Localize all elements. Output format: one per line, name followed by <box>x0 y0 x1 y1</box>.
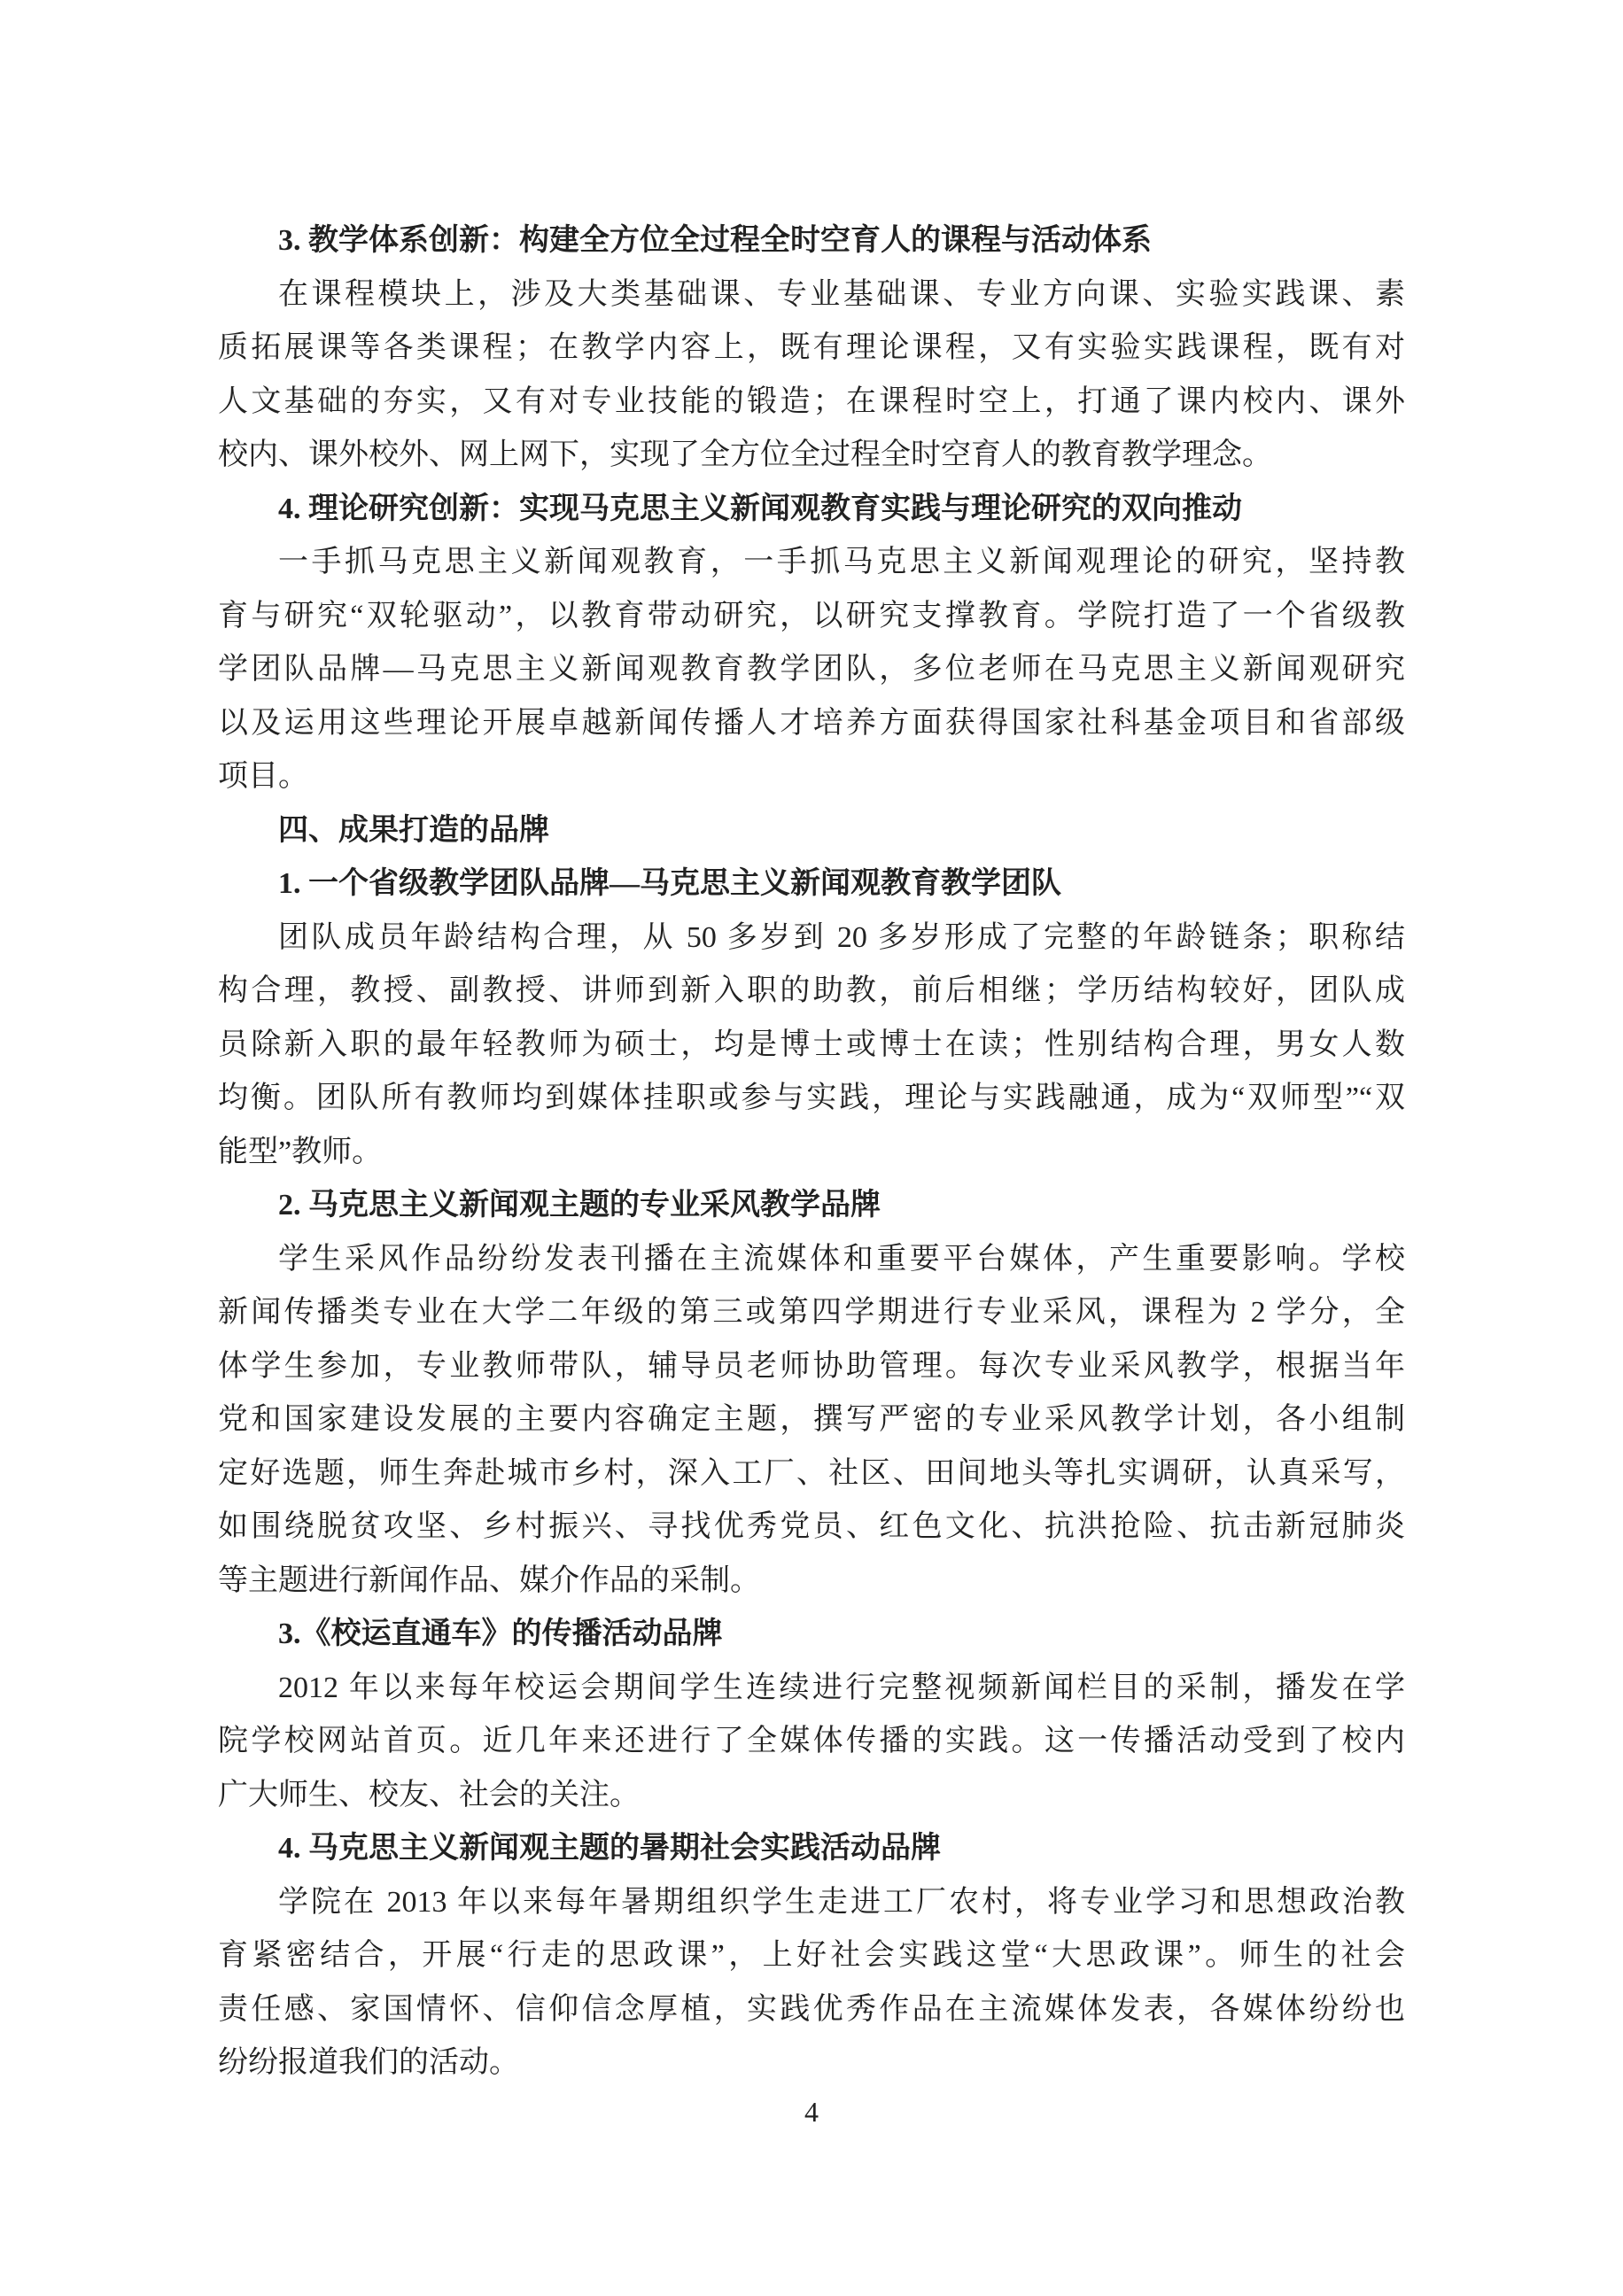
section-heading: 四、成果打造的品牌 <box>218 804 1405 858</box>
paragraph-line: 体学生参加，专业教师带队，辅导员老师协助管理。每次专业采风教学，根据当年 <box>218 1340 1405 1394</box>
numbered-heading: 4. 马克思主义新闻观主题的暑期社会实践活动品牌 <box>218 1822 1405 1876</box>
document-page: 3. 教学体系创新：构建全方位全过程全时空育人的课程与活动体系在课程模块上，涉及… <box>0 0 1623 2296</box>
page-number: 4 <box>0 2096 1623 2129</box>
paragraph-line: 等主题进行新闻作品、媒介作品的采制。 <box>218 1555 1405 1609</box>
paragraph-line: 能型”教师。 <box>218 1126 1405 1180</box>
numbered-heading: 2. 马克思主义新闻观主题的专业采风教学品牌 <box>218 1179 1405 1233</box>
paragraph-line: 纷纷报道我们的活动。 <box>218 2036 1405 2090</box>
numbered-heading: 1. 一个省级教学团队品牌—马克思主义新闻观教育教学团队 <box>218 857 1405 911</box>
paragraph-line: 广大师生、校友、社会的关注。 <box>218 1769 1405 1823</box>
paragraph-line: 在课程模块上，涉及大类基础课、专业基础课、专业方向课、实验实践课、素 <box>218 268 1405 322</box>
document-content: 3. 教学体系创新：构建全方位全过程全时空育人的课程与活动体系在课程模块上，涉及… <box>218 214 1405 2090</box>
paragraph-line: 学团队品牌—马克思主义新闻观教育教学团队，多位老师在马克思主义新闻观研究 <box>218 643 1405 697</box>
paragraph-line: 如围绕脱贫攻坚、乡村振兴、寻找优秀党员、红色文化、抗洪抢险、抗击新冠肺炎 <box>218 1501 1405 1555</box>
paragraph-line: 一手抓马克思主义新闻观教育，一手抓马克思主义新闻观理论的研究，坚持教 <box>218 536 1405 590</box>
paragraph-line: 党和国家建设发展的主要内容确定主题，撰写严密的专业采风教学计划，各小组制 <box>218 1393 1405 1447</box>
numbered-heading: 3.《校运直通车》的传播活动品牌 <box>218 1608 1405 1662</box>
paragraph-line: 育紧密结合，开展“行走的思政课”，上好社会实践这堂“大思政课”。师生的社会 <box>218 1929 1405 1983</box>
paragraph-line: 新闻传播类专业在大学二年级的第三或第四学期进行专业采风，课程为 2 学分，全 <box>218 1286 1405 1340</box>
paragraph-line: 院学校网站首页。近几年来还进行了全媒体传播的实践。这一传播活动受到了校内 <box>218 1715 1405 1769</box>
numbered-heading: 4. 理论研究创新：实现马克思主义新闻观教育实践与理论研究的双向推动 <box>218 483 1405 537</box>
paragraph-line: 团队成员年龄结构合理，从 50 多岁到 20 多岁形成了完整的年龄链条；职称结 <box>218 911 1405 966</box>
paragraph-line: 育与研究“双轮驱动”，以教育带动研究，以研究支撑教育。学院打造了一个省级教 <box>218 590 1405 644</box>
paragraph-line: 以及运用这些理论开展卓越新闻传播人才培养方面获得国家社科基金项目和省部级 <box>218 697 1405 751</box>
paragraph-line: 质拓展课等各类课程；在教学内容上，既有理论课程，又有实验实践课程，既有对 <box>218 322 1405 376</box>
numbered-heading: 3. 教学体系创新：构建全方位全过程全时空育人的课程与活动体系 <box>218 214 1405 268</box>
paragraph-line: 校内、课外校外、网上网下，实现了全方位全过程全时空育人的教育教学理念。 <box>218 429 1405 483</box>
paragraph-line: 学生采风作品纷纷发表刊播在主流媒体和重要平台媒体，产生重要影响。学校 <box>218 1233 1405 1287</box>
paragraph-line: 人文基础的夯实，又有对专业技能的锻造；在课程时空上，打通了课内校内、课外 <box>218 376 1405 430</box>
paragraph-line: 定好选题，师生奔赴城市乡村，深入工厂、社区、田间地头等扎实调研，认真采写， <box>218 1447 1405 1501</box>
paragraph-line: 构合理，教授、副教授、讲师到新入职的助教，前后相继；学历结构较好，团队成 <box>218 965 1405 1019</box>
paragraph-line: 学院在 2013 年以来每年暑期组织学生走进工厂农村，将专业学习和思想政治教 <box>218 1876 1405 1930</box>
paragraph-line: 员除新入职的最年轻教师为硕士，均是博士或博士在读；性别结构合理，男女人数 <box>218 1019 1405 1073</box>
paragraph-line: 项目。 <box>218 750 1405 804</box>
paragraph-line: 均衡。团队所有教师均到媒体挂职或参与实践，理论与实践融通，成为“双师型”“双 <box>218 1072 1405 1126</box>
paragraph-line: 责任感、家国情怀、信仰信念厚植，实践优秀作品在主流媒体发表，各媒体纷纷也 <box>218 1983 1405 2037</box>
paragraph-line: 2012 年以来每年校运会期间学生连续进行完整视频新闻栏目的采制，播发在学 <box>218 1662 1405 1716</box>
